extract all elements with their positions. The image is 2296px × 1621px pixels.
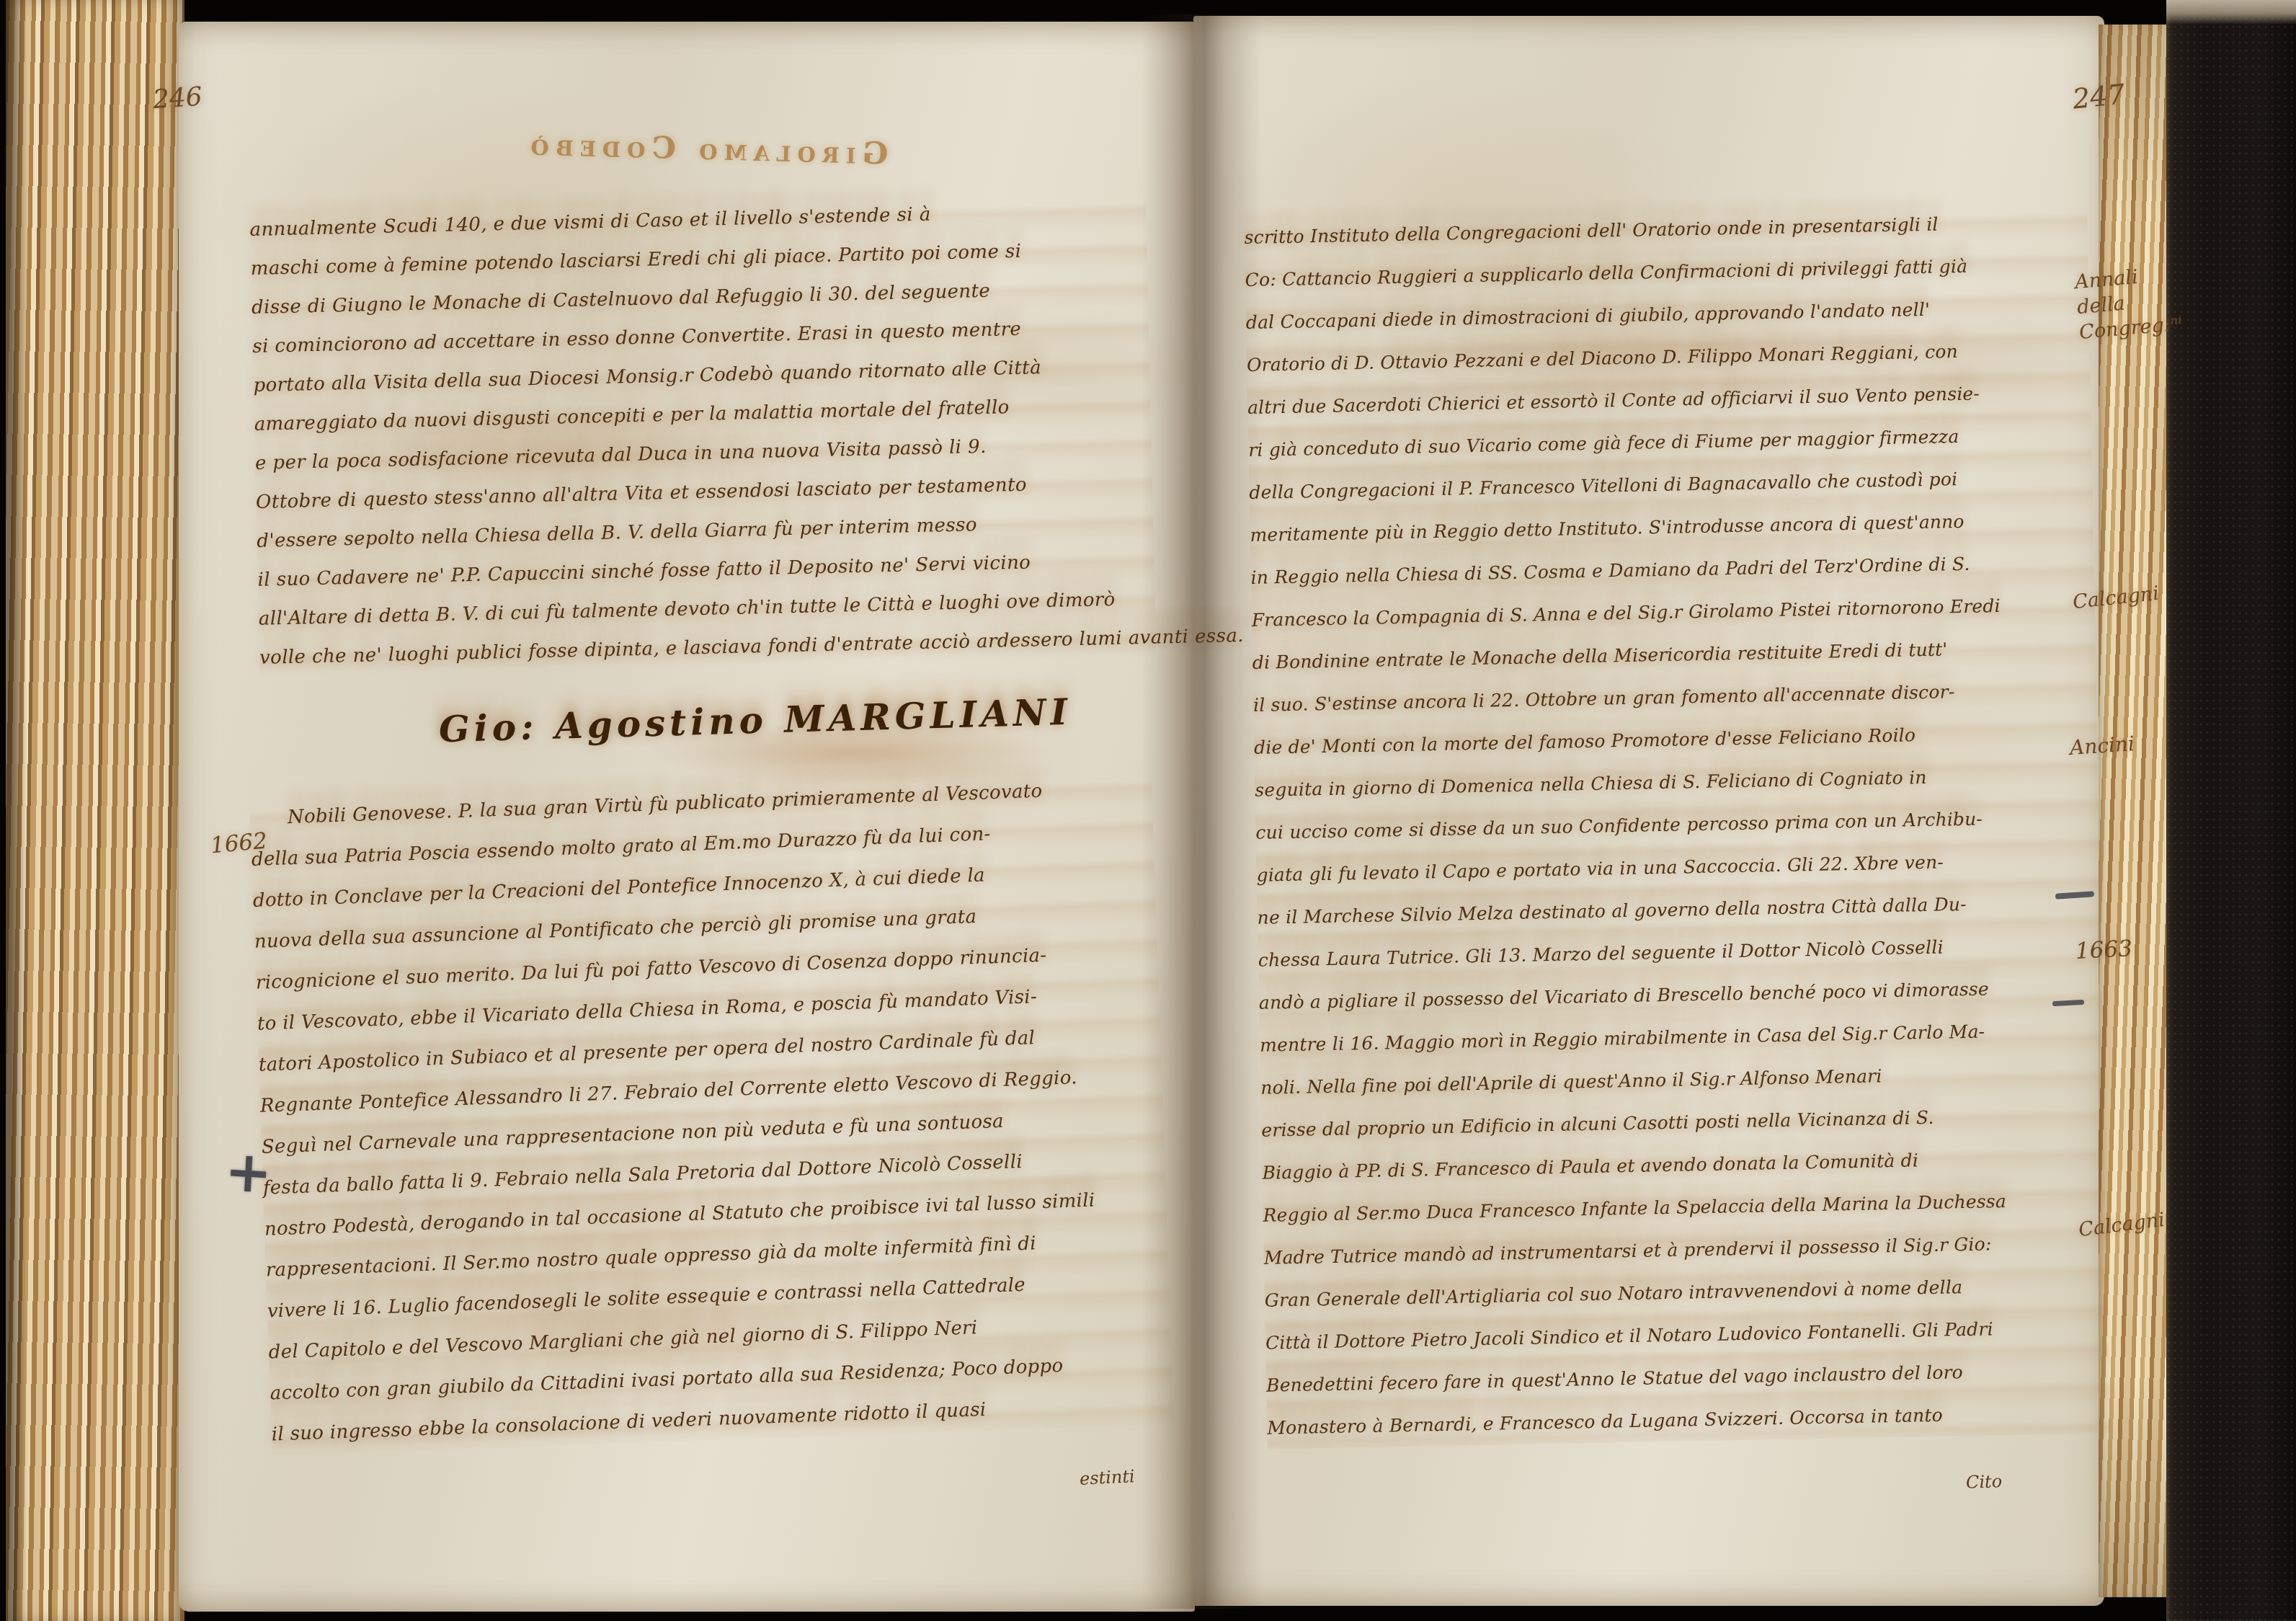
book-cover-top-edge [2166, 0, 2296, 25]
catchword-right: Cito [1966, 1471, 2003, 1493]
margin-note-ancini: Ancini [2069, 732, 2135, 760]
book-cover-right [2166, 0, 2296, 1621]
left-page-paragraph-2: Nobili Genovese. P. la sua gran Virtù fù… [249, 767, 1174, 1455]
margin-year-1663: 1663 [2075, 936, 2133, 964]
catchword-left: estinti [1079, 1466, 1135, 1489]
page-edge-stack-left [6, 0, 184, 1621]
manuscript-photo: 246 Girolamo Codebò annualmente Scudi 14… [0, 0, 2296, 1621]
page-number-left: 246 [152, 82, 203, 115]
right-page-body: scritto Instituto della Congregacioni de… [1244, 200, 2111, 1449]
margin-note-annali: AnnalidellaCongreg:ⁿⁱ [2074, 261, 2184, 345]
fore-edge-right [2099, 25, 2171, 1597]
left-page-paragraph-1: annualmente Scudi 140, e due vismi di Ca… [249, 190, 1156, 678]
page-number-right: 247 [2071, 78, 2127, 115]
